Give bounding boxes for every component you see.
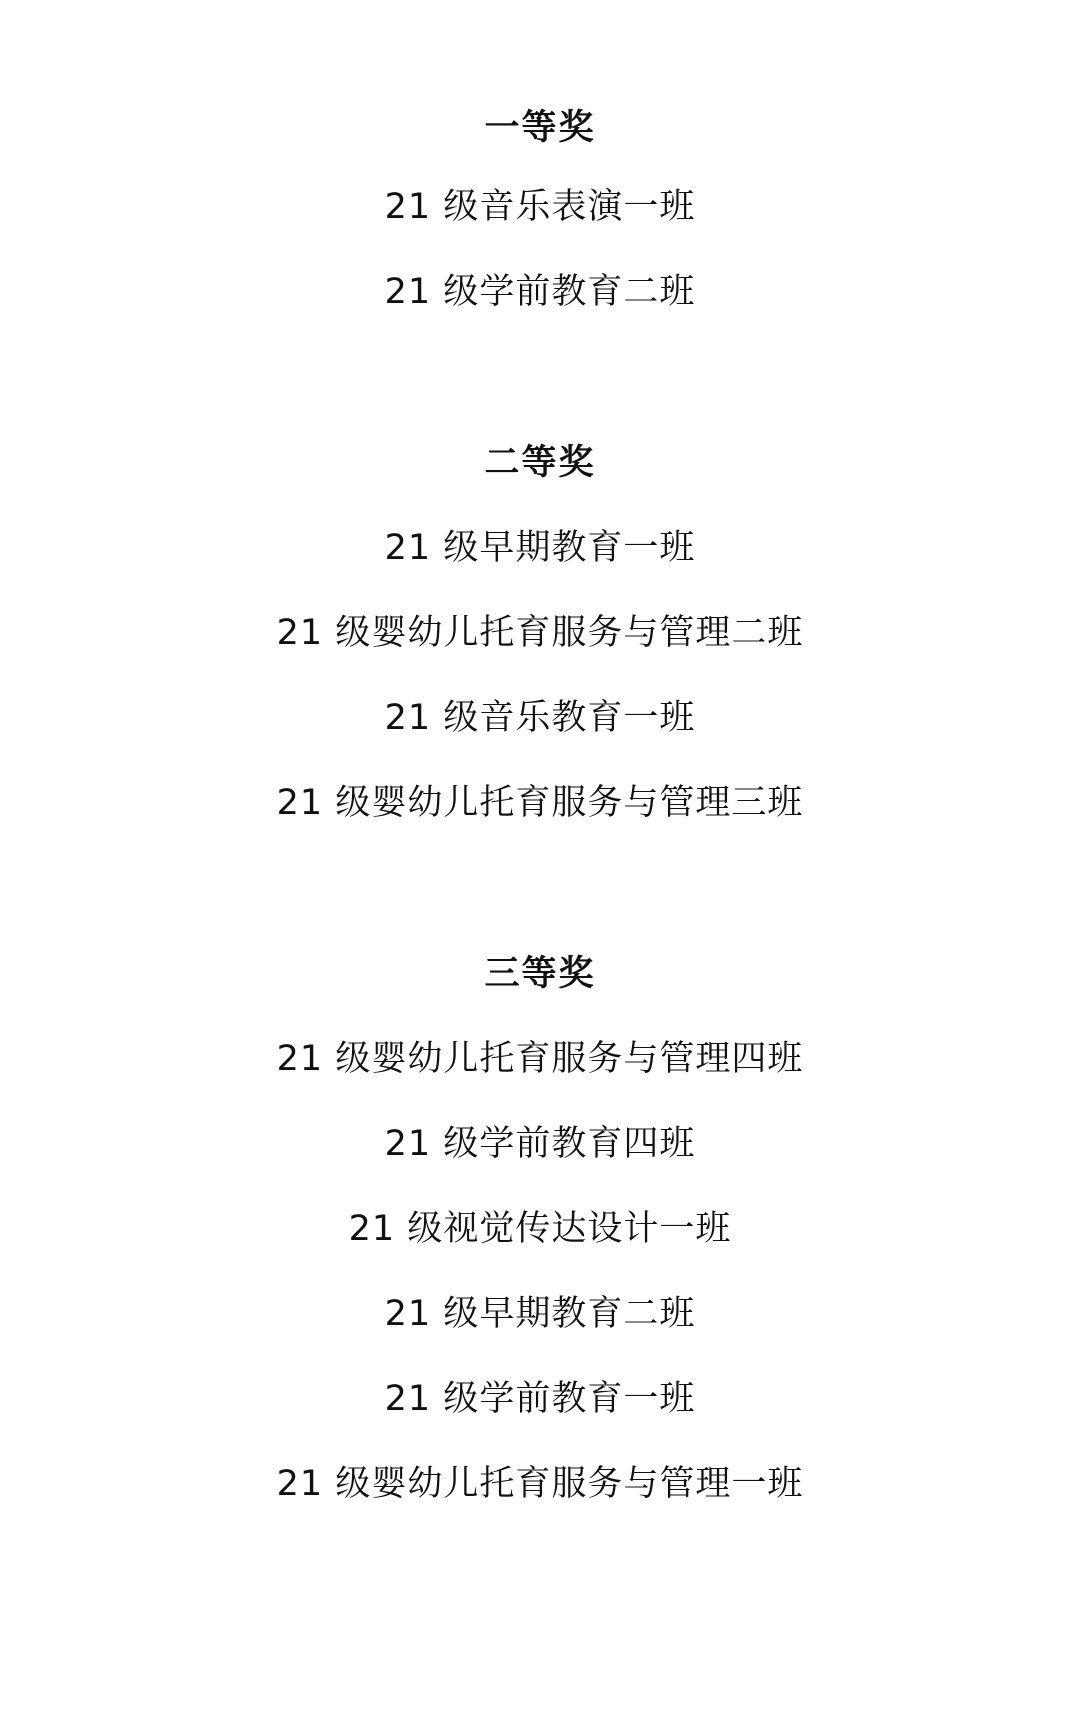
list-item: 21 级视觉传达设计一班 (0, 1207, 1080, 1251)
list-item: 21 级音乐表演一班 (0, 185, 1080, 229)
list-item: 21 级音乐教育一班 (0, 696, 1080, 740)
list-item: 21 级早期教育一班 (0, 526, 1080, 570)
list-item: 21 级婴幼儿托育服务与管理四班 (0, 1037, 1080, 1081)
section-title: 三等奖 (0, 952, 1080, 996)
list-item: 21 级婴幼儿托育服务与管理一班 (0, 1462, 1080, 1506)
list-item: 21 级学前教育二班 (0, 270, 1080, 314)
section-title: 一等奖 (0, 106, 1080, 150)
list-item: 21 级学前教育一班 (0, 1377, 1080, 1421)
list-item: 21 级婴幼儿托育服务与管理二班 (0, 611, 1080, 655)
list-item: 21 级学前教育四班 (0, 1122, 1080, 1166)
list-item: 21 级早期教育二班 (0, 1292, 1080, 1336)
list-item: 21 级婴幼儿托育服务与管理三班 (0, 781, 1080, 825)
section-title: 二等奖 (0, 441, 1080, 485)
